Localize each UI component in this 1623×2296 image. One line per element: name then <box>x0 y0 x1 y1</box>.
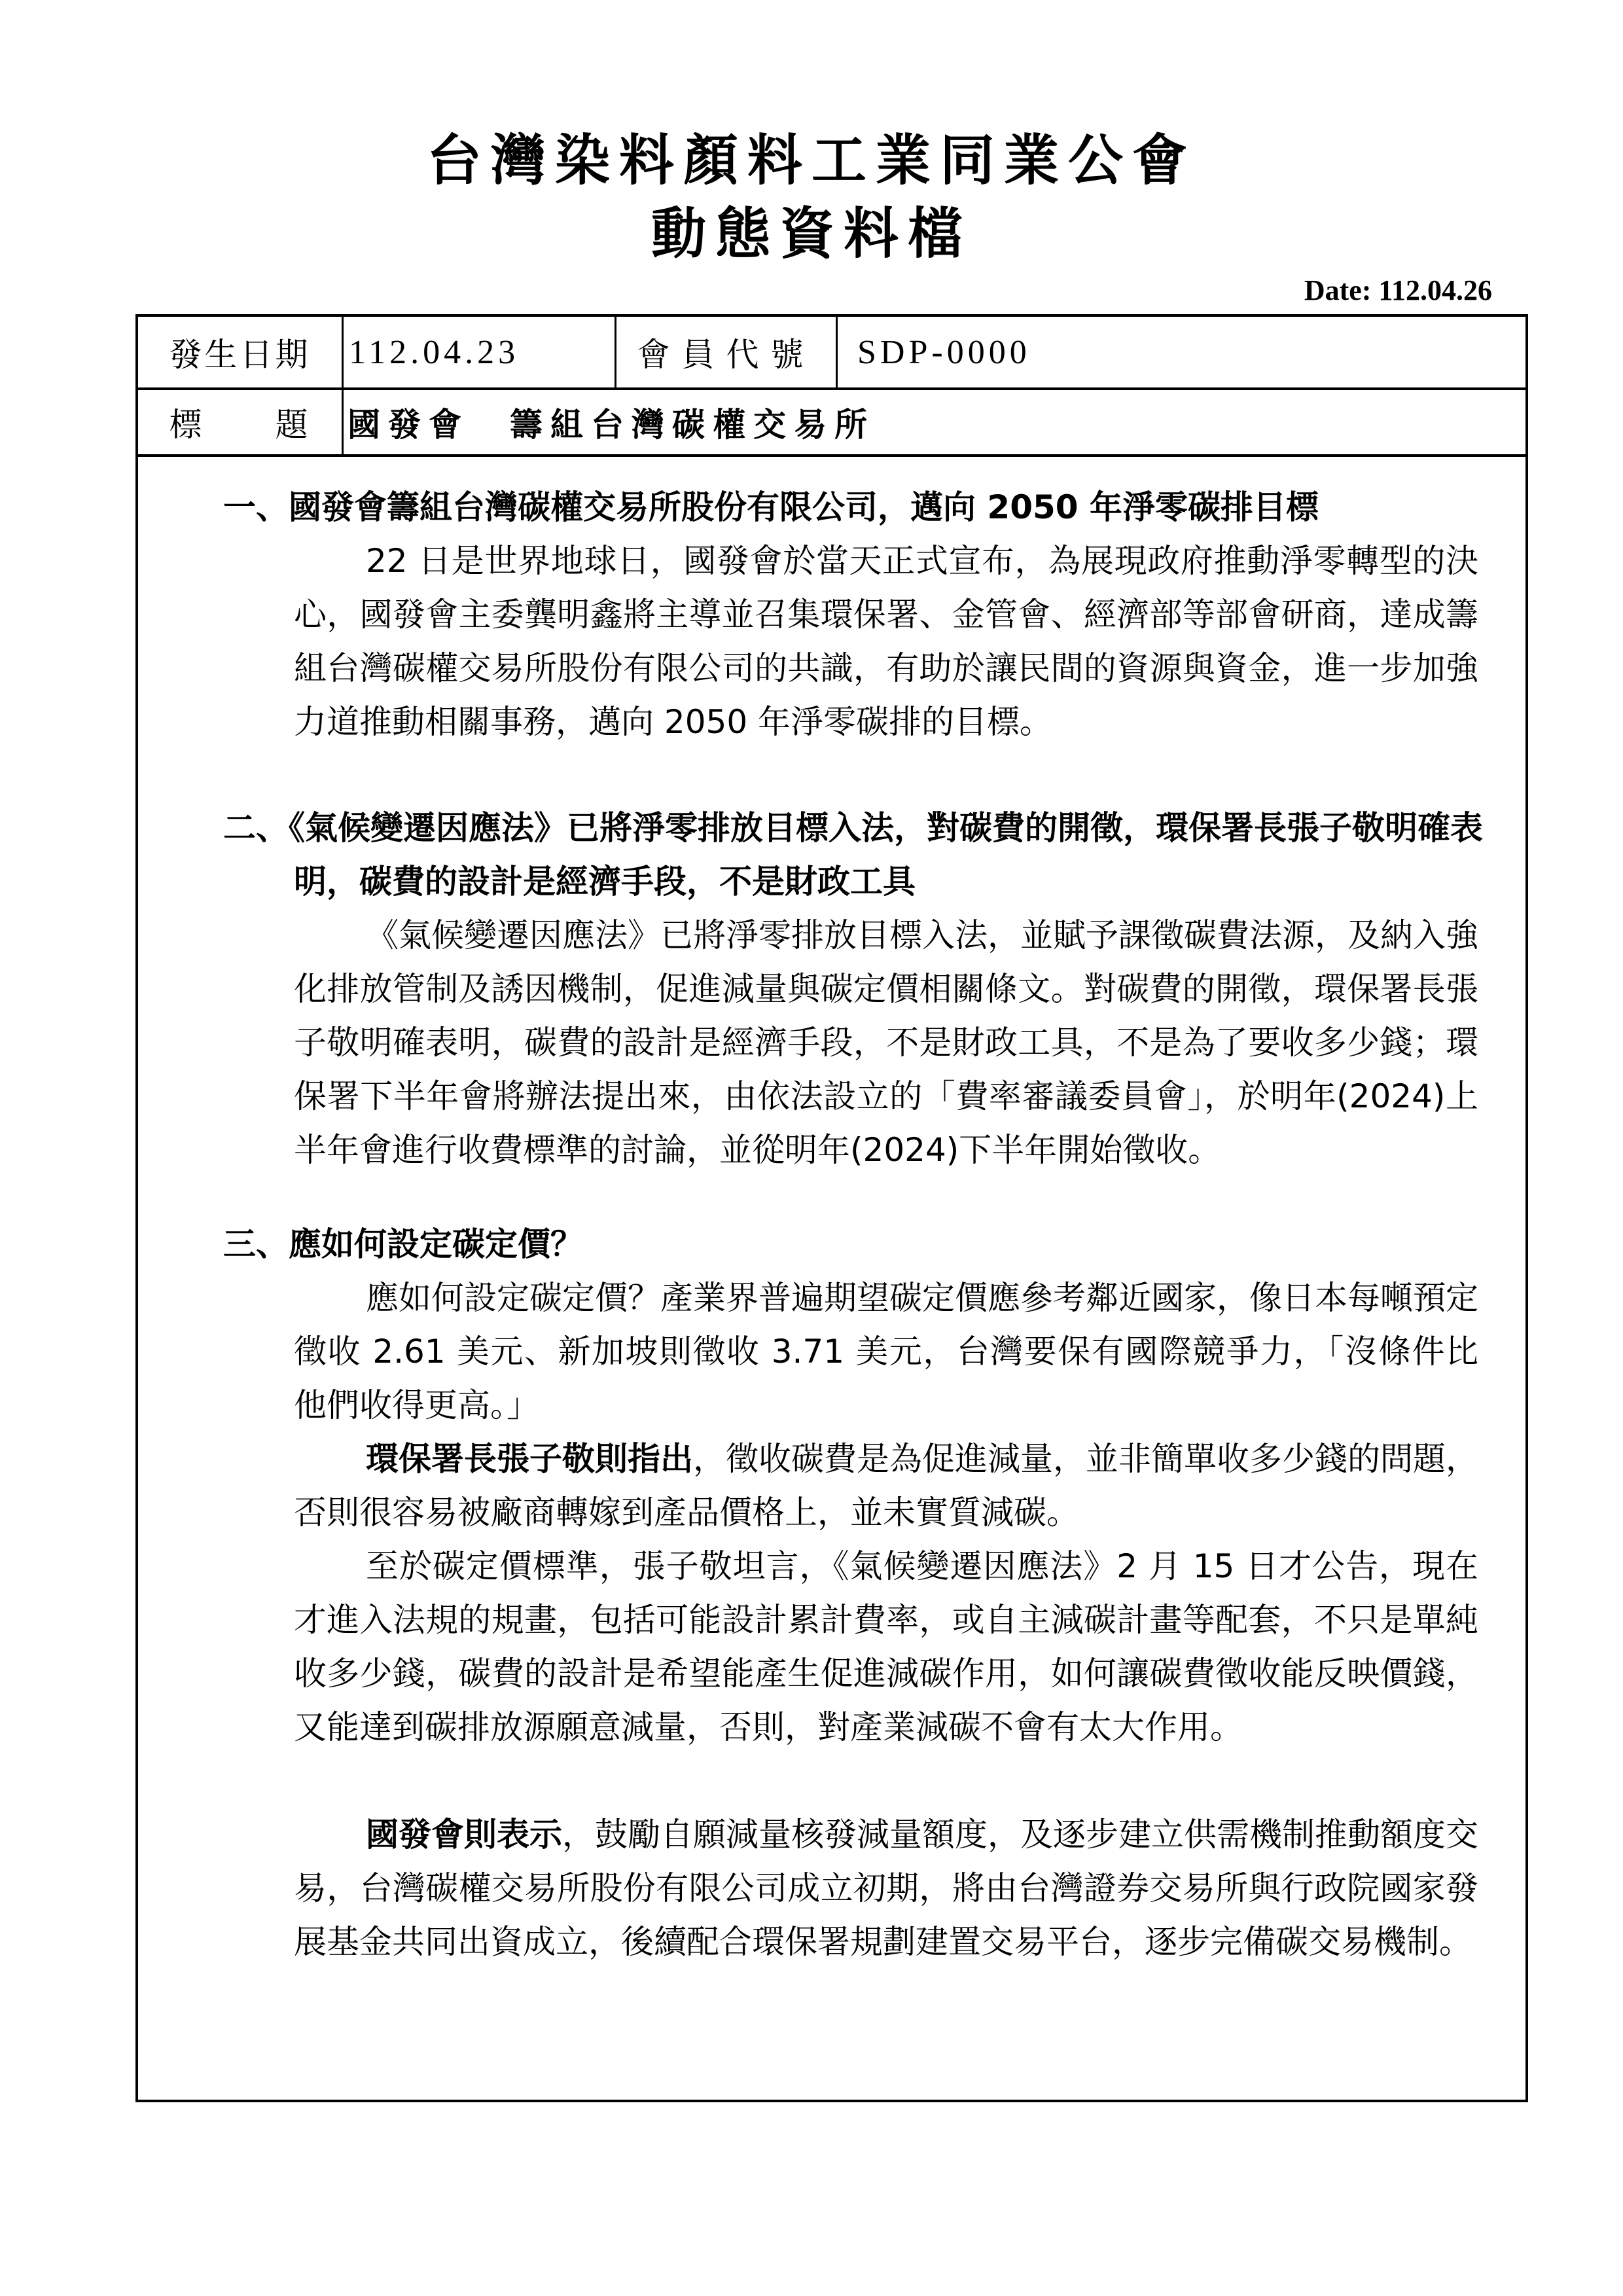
record-frame: 發生日期 112.04.23 會員代號 SDP-0000 標 題 國發會 籌組台… <box>135 314 1528 2102</box>
occur-date-value: 112.04.23 <box>342 317 615 387</box>
section-1-heading: 一、國發會籌組台灣碳權交易所股份有限公司，邁向 2050 年淨零碳排目標 <box>223 480 1473 534</box>
section-1-paragraph: 22 日是世界地球日，國發會於當天正式宣布，為展現政府推動淨零轉型的決心，國發會… <box>294 534 1478 749</box>
section-3-paragraph-1: 應如何設定碳定價？產業界普遍期望碳定價應參考鄰近國家，像日本每噸預定徵收 2.6… <box>294 1271 1478 1432</box>
document-date: Date: 112.04.26 <box>1304 274 1492 307</box>
section-2-paragraph: 《氣候變遷因應法》已將淨零排放目標入法，並賦予課徵碳費法源，及納入強化排放管制及… <box>294 908 1478 1177</box>
content-body: 一、國發會籌組台灣碳權交易所股份有限公司，邁向 2050 年淨零碳排目標 22 … <box>138 457 1525 2100</box>
info-row-date-member: 發生日期 112.04.23 會員代號 SDP-0000 <box>138 317 1525 390</box>
section-3-paragraph-4: 國發會則表示，鼓勵自願減量核發減量額度，及逐步建立供需機制推動額度交易，台灣碳權… <box>294 1808 1478 1969</box>
bold-lead-epa: 環保署長張子敬則指出 <box>366 1440 693 1478</box>
section-2-heading: 二、《氣候變遷因應法》已將淨零排放目標入法，對碳費的開徵，環保署長張子敬明確表明… <box>223 801 1544 908</box>
member-code-label: 會員代號 <box>615 317 836 387</box>
member-code-value: SDP-0000 <box>836 317 1525 387</box>
subject-value: 國發會 籌組台灣碳權交易所 <box>342 390 1525 454</box>
section-3-paragraph-2: 環保署長張子敬則指出，徵收碳費是為促進減量，並非簡單收多少錢的問題，否則很容易被… <box>294 1432 1478 1539</box>
section-3-paragraph-3: 至於碳定價標準，張子敬坦言，《氣候變遷因應法》2 月 15 日才公告，現在才進入… <box>294 1539 1478 1754</box>
org-title: 台灣染料顏料工業同業公會 <box>0 117 1623 196</box>
section-3-heading: 三、應如何設定碳定價？ <box>223 1217 1473 1271</box>
subject-label: 標 題 <box>138 390 342 454</box>
doc-type-title: 動態資料檔 <box>0 190 1623 269</box>
info-row-subject: 標 題 國發會 籌組台灣碳權交易所 <box>138 390 1525 457</box>
bold-lead-ndc: 國發會則表示 <box>366 1816 562 1854</box>
occur-date-label: 發生日期 <box>138 317 342 387</box>
